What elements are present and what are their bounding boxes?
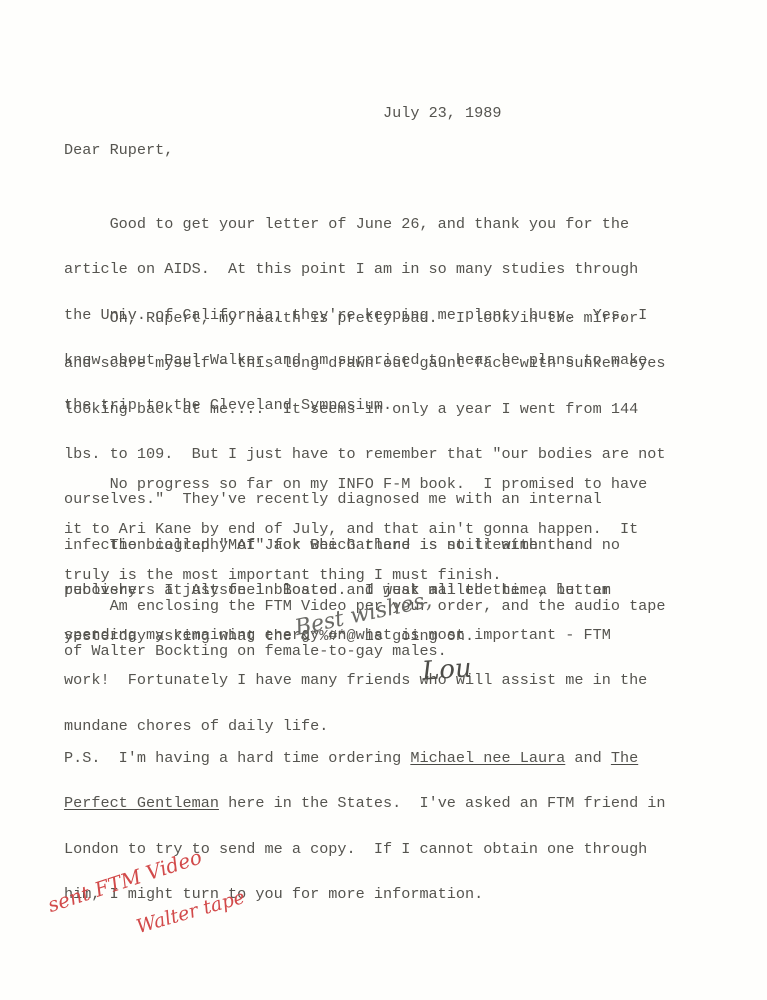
ps-text: here in the States. I've asked an FTM fr… <box>219 794 666 812</box>
paragraph-line: article on AIDS. At this point I am in s… <box>64 262 647 277</box>
book-title-perfect-gentleman-part1: The <box>611 749 638 767</box>
salutation: Dear Rupert, <box>64 143 173 158</box>
postscript-line: Perfect Gentleman here in the States. I'… <box>64 796 666 811</box>
postscript-line: him, I might turn to you for more inform… <box>64 887 666 902</box>
ps-text: and <box>565 749 611 767</box>
postscript-line: P.S. I'm having a hard time ordering Mic… <box>64 751 666 766</box>
paragraph-5: Am enclosing the FTM Video per your orde… <box>64 569 666 690</box>
postscript: P.S. I'm having a hard time ordering Mic… <box>64 721 666 932</box>
letter-page: July 23, 1989 Dear Rupert, Good to get y… <box>0 0 767 1000</box>
paragraph-line: of Walter Bockting on female-to-gay male… <box>64 644 666 659</box>
book-title-michael-nee-laura: Michael nee Laura <box>410 749 565 767</box>
letter-date: July 23, 1989 <box>383 106 501 121</box>
handwritten-signature: Lou <box>421 653 473 686</box>
paragraph-line: Oh, Rupert, my health is pretty bad. I l… <box>64 311 666 326</box>
postscript-line: London to try to send me a copy. If I ca… <box>64 842 666 857</box>
ps-text: P.S. I'm having a hard time ordering <box>64 749 410 767</box>
paragraph-line: Good to get your letter of June 26, and … <box>64 217 647 232</box>
paragraph-line: No progress so far on my INFO F-M book. … <box>64 477 647 492</box>
paragraph-line: and scare myself - this long drawn-out g… <box>64 356 666 371</box>
paragraph-line: looking back at me.... It seems in only … <box>64 402 666 417</box>
book-title-perfect-gentleman-part2: Perfect Gentleman <box>64 794 219 812</box>
paragraph-line: The biography of Jack Bee Garland is sti… <box>64 538 611 553</box>
